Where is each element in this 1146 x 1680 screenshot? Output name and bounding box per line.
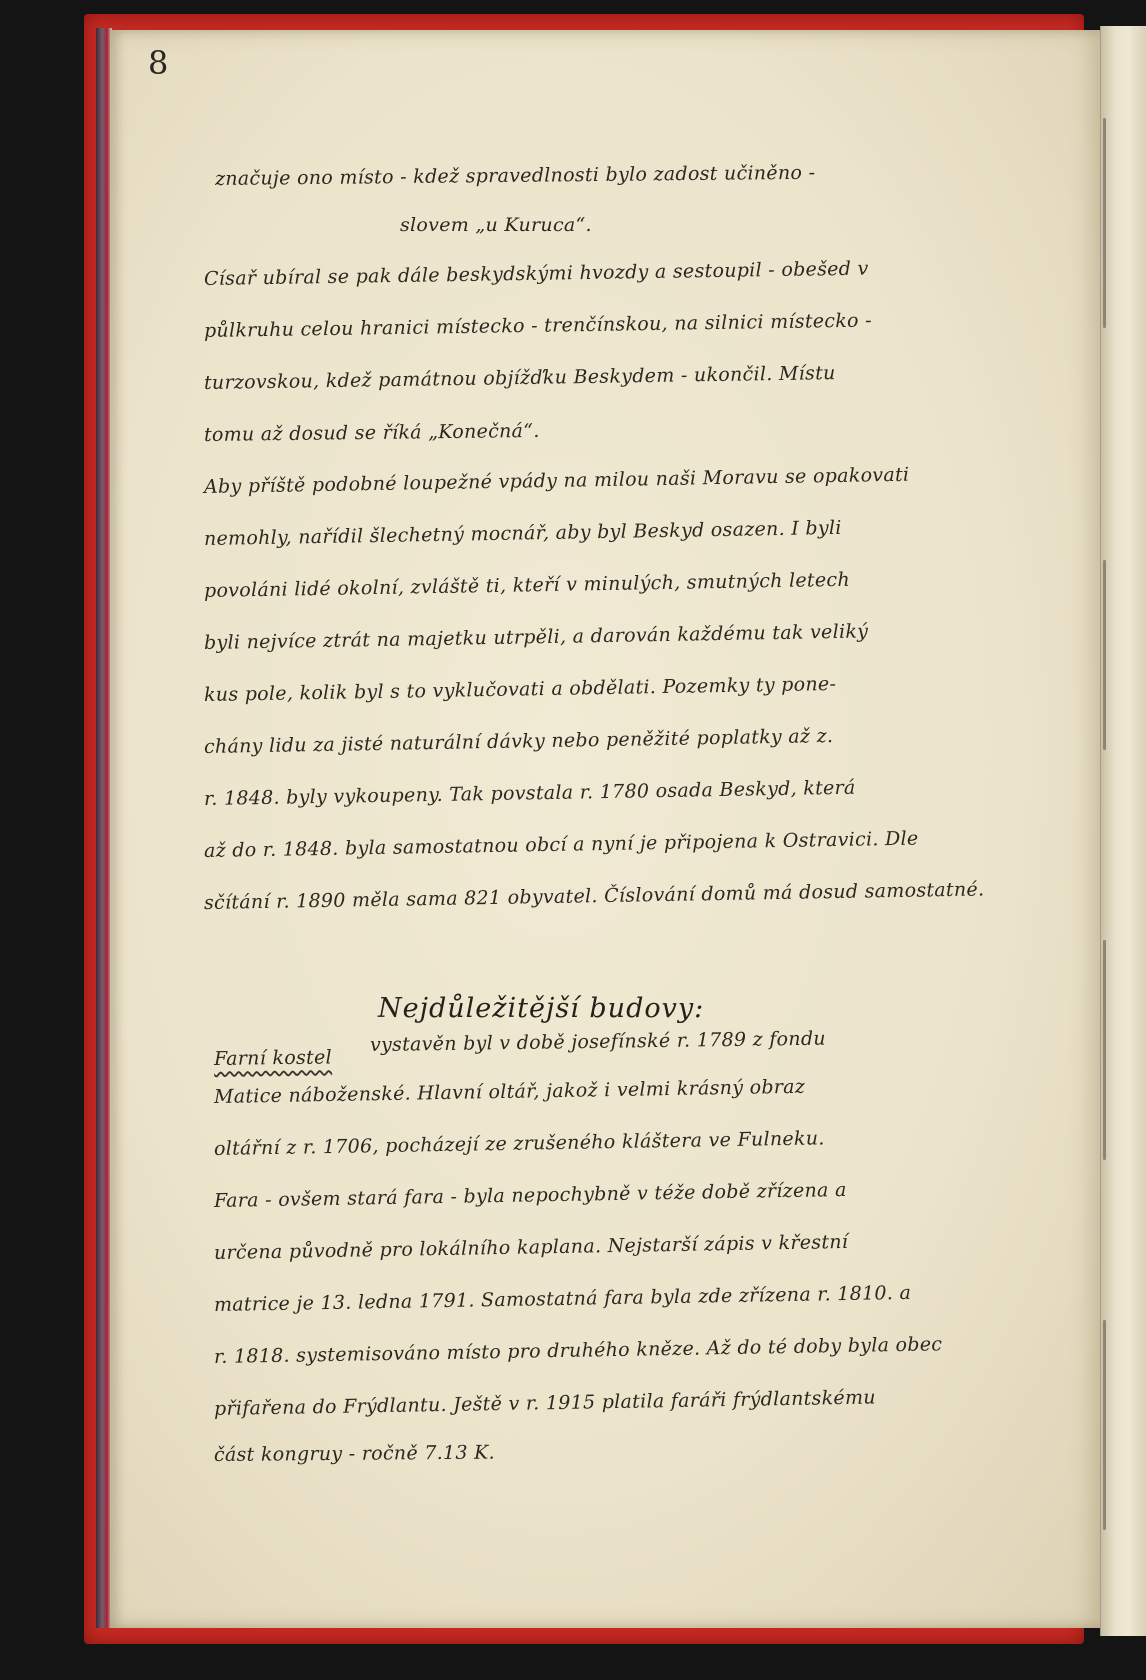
text-line: Fara - ovšem stará fara - byla nepochybn… (214, 1179, 847, 1212)
text-line: určena původně pro lokálního kaplana. Ne… (214, 1231, 849, 1264)
text-line: Matice náboženské. Hlavní oltář, jakož i… (214, 1076, 806, 1108)
text-line: slovem „u Kuruca“. (400, 214, 592, 236)
text-line: nemohly, nařídil šlechetný mocnář, aby b… (204, 517, 842, 550)
text-line: turzovskou, kdež památnou objížďku Besky… (204, 362, 836, 394)
text-line: až do r. 1848. byla samostatnou obcí a n… (204, 828, 919, 862)
text-line: byli nejvíce ztrát na majetku utrpěli, a… (204, 620, 869, 654)
text-line: matrice je 13. ledna 1791. Samostatná fa… (214, 1282, 912, 1316)
text-line: chány lidu za jisté naturální dávky nebo… (204, 725, 834, 758)
text-line: tomu až dosud se říká „Konečná“. (204, 420, 540, 446)
text-line: půlkruhu celou hranici místecko - trenčí… (204, 310, 872, 342)
text-line: oltářní z r. 1706, pocházejí ze zrušenéh… (214, 1127, 825, 1160)
text-line: povoláni lidé okolní, zvláště ti, kteří … (204, 569, 850, 602)
handwritten-text: značuje ono místo - kdež spravedlnosti b… (0, 0, 1146, 1680)
text-line: přifařena do Frýdlantu. Ještě v r. 1915 … (214, 1386, 876, 1420)
underlined-term: Farní kostel (214, 1046, 332, 1070)
text-line: r. 1848. byly vykoupeny. Tak povstala r.… (204, 777, 856, 810)
text-line: kus pole, kolik byl s to vyklučovati a o… (204, 673, 837, 706)
text-line: část kongruy - ročně 7.13 K. (214, 1442, 495, 1466)
text-line: Císař ubíral se pak dále beskydskými hvo… (204, 258, 869, 290)
text-line: značuje ono místo - kdež spravedlnosti b… (215, 162, 815, 190)
text-line: r. 1818. systemisováno místo pro druhého… (214, 1333, 943, 1368)
text-line: sčítání r. 1890 měla sama 821 obyvatel. … (204, 878, 985, 914)
text-line: vystavěn byl v době josefínské r. 1789 z… (370, 1028, 826, 1056)
text-line: Aby příště podobné loupežné vpády na mil… (204, 464, 910, 498)
section-heading: Nejdůležitější budovy: (378, 993, 704, 1024)
